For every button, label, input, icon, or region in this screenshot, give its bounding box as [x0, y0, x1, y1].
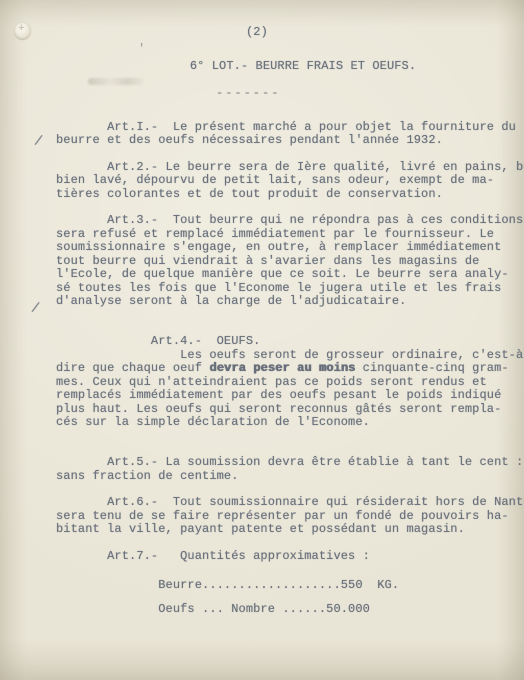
article-2: Art.2.- Le beurre sera de Ière qualité, … [56, 161, 524, 202]
stray-typed-mark: ' [138, 43, 145, 57]
page-number: (2) [246, 26, 524, 40]
scanned-document-page: / / (2) '6° LOT.- BEURRE FRAIS ET OEUFS.… [0, 0, 524, 680]
typed-text-block: (2) '6° LOT.- BEURRE FRAIS ET OEUFS. ---… [56, 26, 524, 680]
article-1: Art.I.- Le présent marché a pour objet l… [56, 121, 524, 148]
overtyped-text: devra peser au moins [209, 361, 355, 375]
article-7: Art.7.- Quantités approximatives : [56, 550, 524, 564]
quantity-eggs: Oeufs ... Nombre ......50.000 [56, 603, 524, 617]
lot-title: 6° LOT.- BEURRE FRAIS ET OEUFS. [190, 59, 416, 73]
article-4: Art.4.- OEUFS. Les oeufs seront de gross… [56, 322, 524, 444]
punch-mark [14, 22, 31, 39]
article-5: Art.5.- La soumission devra être établie… [56, 456, 524, 483]
margin-check-mark: / [30, 302, 40, 317]
lot-title-line: '6° LOT.- BEURRE FRAIS ET OEUFS. [146, 47, 524, 88]
article-3: Art.3.- Tout beurre qui ne répondra pas … [56, 214, 524, 309]
margin-check-mark: / [33, 135, 43, 150]
title-underline: ------- [216, 87, 524, 101]
article-6: Art.6.- Tout soumissionnaire qui résider… [56, 496, 524, 537]
quantity-butter: Beurre...................550 KG. [56, 579, 524, 593]
